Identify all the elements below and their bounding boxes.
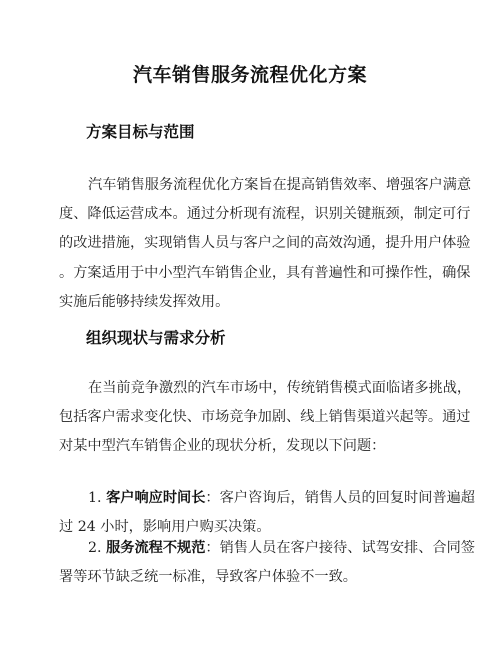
paragraph-line: 在当前竞争激烈的汽车市场中，传统销售模式面临诸多挑战， — [59, 374, 443, 403]
list-item-process-standard: 2. 服务流程不规范：销售人员在客户接待、试驾安排、合同签 署等环节缺乏统一标准… — [59, 534, 443, 592]
section-heading-goals: 方案目标与范围 — [86, 120, 195, 142]
paragraph-line: 包括客户需求变化快、市场竞争加剧、线上销售渠道兴起等。通过 — [30, 403, 443, 432]
paragraph-line: 的改进措施，实现销售人员与客户之间的高效沟通，提升用户体验 — [30, 229, 443, 258]
paragraph-line: 。方案适用于中小型汽车销售企业，具有普遍性和可操作性，确保 — [30, 259, 443, 288]
paragraph-line: 汽车销售服务流程优化方案旨在提高销售效率、增强客户满意 — [59, 171, 443, 200]
section-paragraph-analysis: 在当前竞争激烈的汽车市场中，传统销售模式面临诸多挑战， 包括客户需求变化快、市场… — [59, 374, 443, 462]
list-item-label: 服务流程不规范 — [106, 540, 205, 556]
list-item-colon: ： — [205, 490, 219, 506]
list-item-number: 2. — [88, 540, 102, 556]
list-item-label: 客户响应时间长 — [106, 490, 205, 506]
list-item-colon: ： — [205, 540, 219, 556]
section-heading-analysis: 组织现状与需求分析 — [86, 326, 226, 348]
document-page: 汽车销售服务流程优化方案 方案目标与范围 汽车销售服务流程优化方案旨在提高销售效… — [0, 0, 500, 647]
paragraph-line: 对某中型汽车销售企业的现状分析，发现以下问题： — [30, 432, 443, 461]
list-item-number: 1. — [88, 490, 102, 506]
list-item-text-continued: 署等环节缺乏统一标准，导致客户体验不一致。 — [59, 563, 443, 592]
list-item-text: 客户咨询后，销售人员的回复时间普遍超 — [220, 490, 475, 506]
list-item-text: 销售人员在客户接待、试驾安排、合同签 — [220, 540, 475, 556]
section-paragraph-goals: 汽车销售服务流程优化方案旨在提高销售效率、增强客户满意 度、降低运营成本。通过分… — [59, 171, 443, 317]
paragraph-line: 度、降低运营成本。通过分析现有流程，识别关键瓶颈，制定可行 — [30, 200, 443, 229]
document-title: 汽车销售服务流程优化方案 — [0, 60, 500, 87]
paragraph-line: 实施后能够持续发挥效用。 — [30, 288, 443, 317]
